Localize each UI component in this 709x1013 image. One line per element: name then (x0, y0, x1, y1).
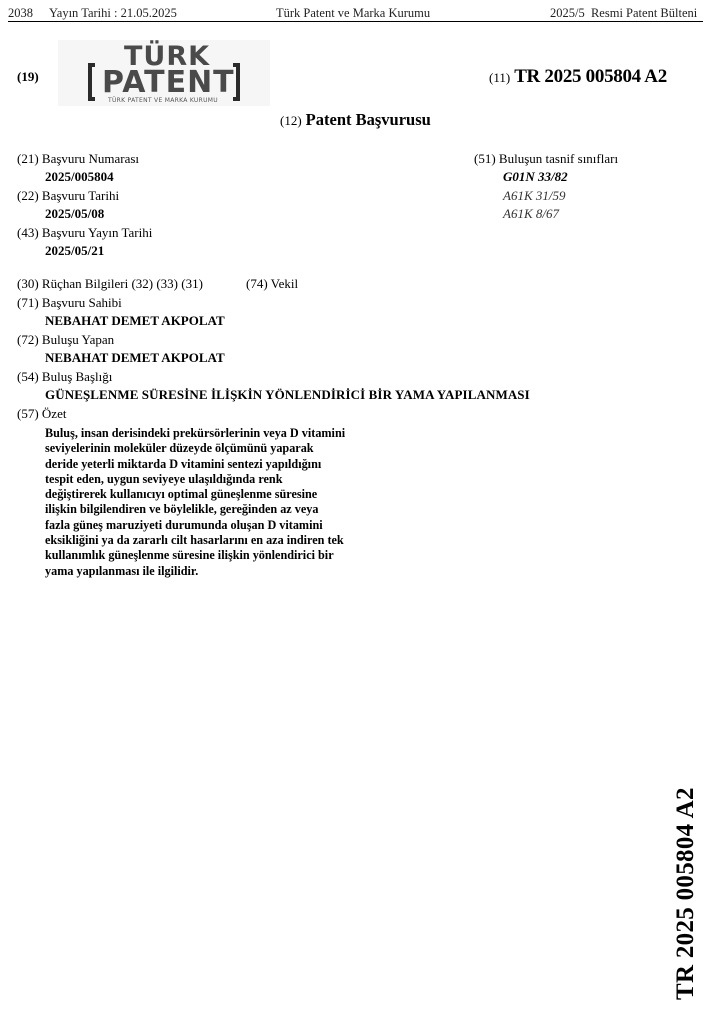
abstract-line: kullanımlık güneşlenme süresine ilişkin … (45, 548, 375, 563)
classification-code: G01N 33/82 (503, 169, 568, 185)
code-19: (19) (17, 69, 39, 85)
abstract-line: fazla güneş maruziyeti durumunda oluşan … (45, 518, 375, 533)
publication-date-label: (43) Başvuru Yayın Tarihi (17, 225, 152, 241)
abstract-line: yama yapılanması ile ilgilidir. (45, 564, 375, 579)
attorney-label: (74) Vekil (246, 276, 298, 292)
abstract-line: Buluş, insan derisindeki prekürsörlerini… (45, 426, 375, 441)
abstract-line: ilişkin bilgilendiren ve böylelikle, ger… (45, 502, 375, 517)
publication-number: (11) TR 2025 005804 A2 (489, 66, 667, 88)
abstract-line: seviyelerinin moleküler düzeyde ölçümünü… (45, 441, 375, 456)
applicant-value: NEBAHAT DEMET AKPOLAT (45, 313, 225, 329)
turk-patent-logo: TÜRK PATENT TÜRK PATENT VE MARKA KURUMU (58, 40, 270, 106)
inventor-value: NEBAHAT DEMET AKPOLAT (45, 350, 225, 366)
abstract-line: tespit eden, uygun seviyeye ulaşıldığınd… (45, 472, 375, 487)
classification-label: (51) Buluşun tasnif sınıfları (474, 151, 618, 167)
logo-subtitle: TÜRK PATENT VE MARKA KURUMU (108, 97, 218, 104)
application-date-value: 2025/05/08 (45, 206, 104, 222)
application-number-value: 2025/005804 (45, 169, 114, 185)
page-number: 2038 (8, 6, 33, 21)
header-divider (8, 21, 703, 22)
institution-name: Türk Patent ve Marka Kurumu (276, 6, 430, 21)
priority-label: (30) Rüçhan Bilgileri (32) (33) (31) (17, 276, 203, 292)
classification-code: A61K 8/67 (503, 206, 559, 222)
document-kind: (12) Patent Başvurusu (280, 110, 431, 130)
abstract-label: (57) Özet (17, 406, 66, 422)
application-date-label: (22) Başvuru Tarihi (17, 188, 119, 204)
publication-date-value: 2025/05/21 (45, 243, 104, 259)
vertical-publication-number: TR 2025 005804 A2 (672, 787, 700, 1000)
logo-line-2: PATENT (102, 65, 235, 100)
abstract-line: değiştirerek kullanıcıyı optimal güneşle… (45, 487, 375, 502)
invention-title-label: (54) Buluş Başlığı (17, 369, 112, 385)
inventor-label: (72) Buluşu Yapan (17, 332, 114, 348)
bulletin-name: 2025/5 Resmi Patent Bülteni (550, 6, 697, 21)
classification-code: A61K 31/59 (503, 188, 565, 204)
application-number-label: (21) Başvuru Numarası (17, 151, 139, 167)
document-kind-code: (12) (280, 113, 302, 128)
abstract-line: eksikliğini ya da zararlı cilt hasarları… (45, 533, 375, 548)
logo-bracket-right-icon (233, 63, 240, 101)
invention-title-value: GÜNEŞLENME SÜRESİNE İLİŞKİN YÖNLENDİRİCİ… (45, 387, 530, 403)
abstract-line: deride yeterli miktarda D vitamini sente… (45, 457, 375, 472)
logo-bracket-left-icon (88, 63, 95, 101)
abstract-text: Buluş, insan derisindeki prekürsörlerini… (45, 426, 375, 579)
document-kind-title: Patent Başvurusu (306, 110, 431, 129)
publication-number-code: (11) (489, 70, 510, 85)
publication-number-value: TR 2025 005804 A2 (514, 66, 667, 87)
applicant-label: (71) Başvuru Sahibi (17, 295, 122, 311)
publication-date-header: Yayın Tarihi : 21.05.2025 (49, 6, 177, 21)
